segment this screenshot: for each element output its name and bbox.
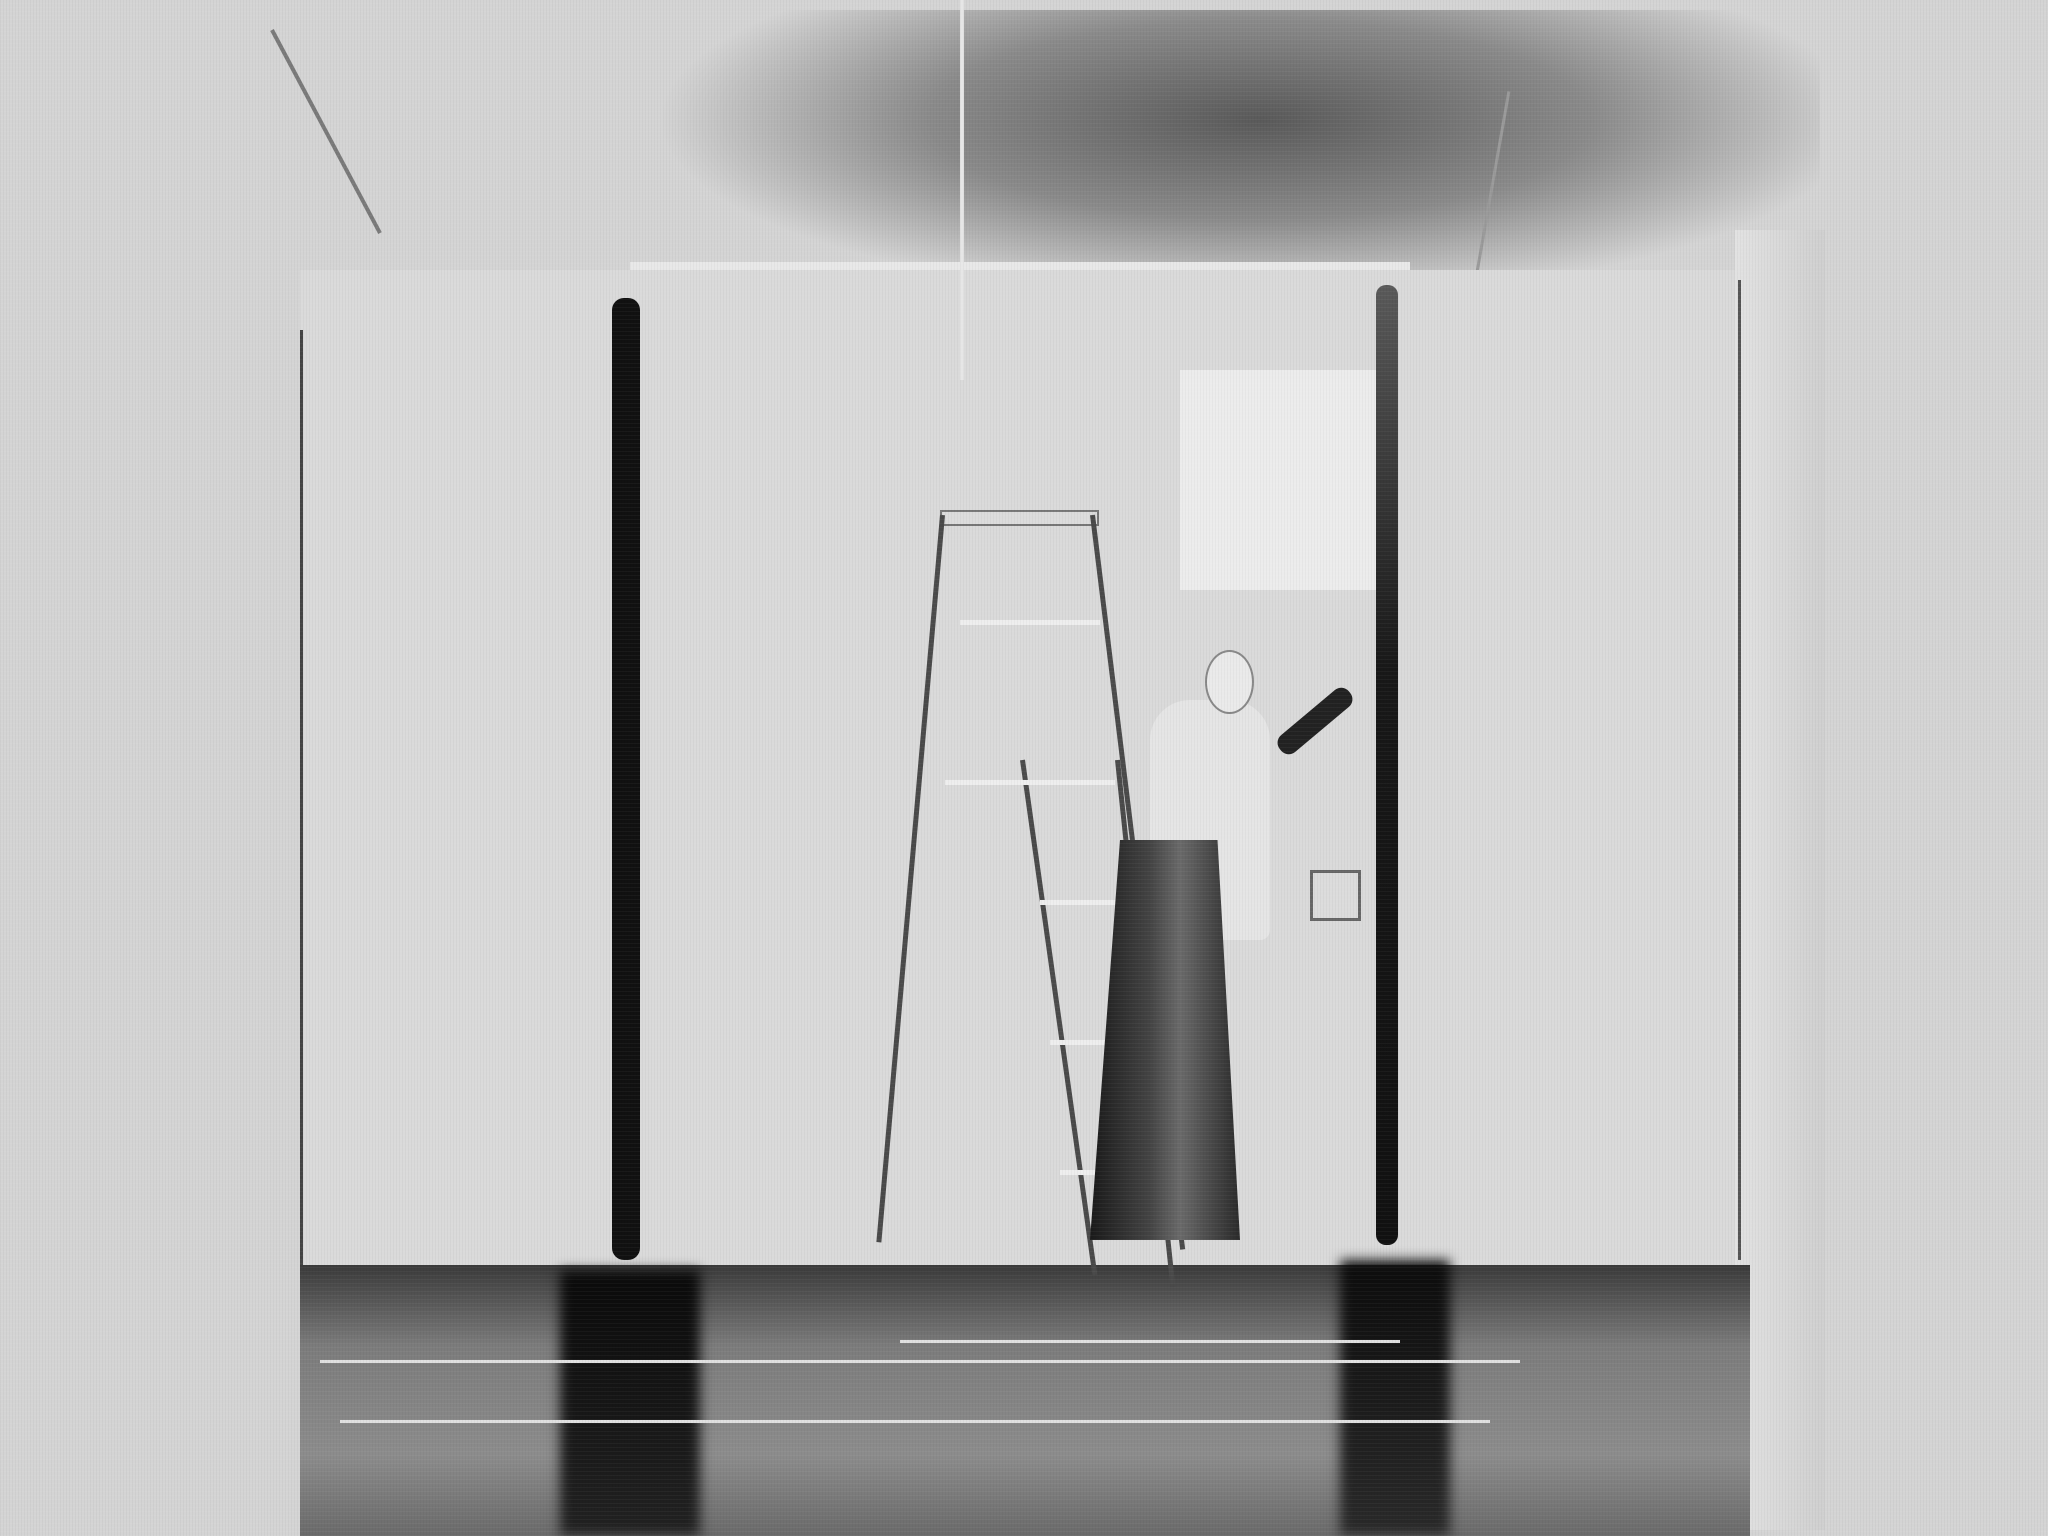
person-head <box>1205 650 1254 714</box>
floor <box>300 1265 1750 1536</box>
ladder-rung <box>945 780 1115 785</box>
frame-left <box>300 330 303 1270</box>
ceiling-beam <box>630 262 1410 270</box>
ladder-rung <box>960 620 1100 625</box>
paint-bucket <box>1310 870 1361 921</box>
photo-scene <box>0 0 2048 1536</box>
floor-shadow-right <box>1340 1260 1450 1536</box>
floor-streak <box>320 1360 1520 1363</box>
floor-streak <box>900 1340 1400 1343</box>
ceiling-shadow <box>260 10 1820 270</box>
back-wall <box>300 270 1740 1280</box>
floor-streak <box>340 1420 1490 1423</box>
ladder-top <box>940 510 1099 526</box>
frame-right <box>1738 280 1741 1260</box>
left-column <box>612 298 640 1260</box>
window-light <box>1180 370 1380 590</box>
floor-shadow-left <box>560 1270 700 1536</box>
ceiling-seam <box>960 0 964 380</box>
right-column <box>1376 285 1398 1245</box>
